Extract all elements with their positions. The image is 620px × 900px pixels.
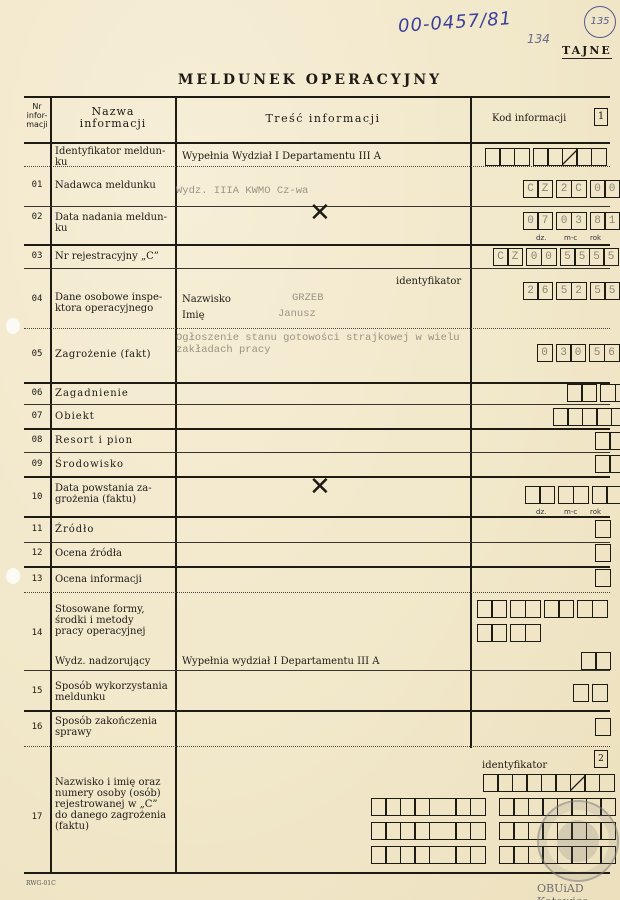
threat-date-boxes[interactable] — [526, 486, 620, 504]
registration-number-boxes[interactable]: CZ005555 — [494, 248, 619, 266]
row-number: 11 — [24, 524, 50, 535]
row-content-identifier: Wypełnia Wydział I Departamentu III A — [182, 151, 381, 162]
first-name-label: Imię — [182, 310, 205, 321]
supervising-dept-content: Wypełnia wydział I Departamentu III A — [182, 656, 379, 667]
row-number: 14 — [24, 628, 50, 639]
row-number: 17 — [24, 812, 50, 823]
usage-code-boxes[interactable] — [574, 684, 608, 702]
form-code: RWG-01C — [26, 880, 56, 887]
cross-mark-icon: ✕ — [309, 482, 331, 493]
methods-code-boxes-2[interactable] — [478, 624, 541, 642]
row-label-registration-number: Nr rejestracyjny „C” — [55, 251, 175, 262]
page-box: 2 — [594, 750, 608, 768]
object-code-boxes[interactable] — [554, 408, 620, 426]
report-form-table: Nr infor- macji Nazwa informacji Treść i… — [24, 96, 610, 890]
person-number-boxes-3a[interactable] — [372, 846, 486, 864]
row-label-department: Resort i pion — [55, 435, 175, 446]
methods-code-boxes-1[interactable] — [478, 600, 608, 618]
classification-label: TAJNE — [562, 44, 612, 59]
supervising-dept-boxes[interactable] — [582, 652, 611, 670]
row-label-threat: Zagrożenie (fakt) — [55, 349, 175, 360]
issue-code-boxes[interactable] — [568, 384, 620, 402]
archive-number: 00-0457/81 — [397, 8, 512, 37]
year-label: rok — [590, 507, 601, 518]
month-label: m-c — [564, 507, 577, 518]
column-divider — [175, 96, 177, 872]
year-label: rok — [590, 233, 601, 244]
circled-number: 135 — [584, 6, 616, 38]
surname-value[interactable]: GRZEB — [292, 293, 324, 304]
person-number-boxes-2a[interactable] — [372, 822, 486, 840]
row-number: 08 — [24, 435, 50, 446]
header-nr: Nr infor- macji — [24, 102, 50, 129]
person-identifier-boxes[interactable] — [484, 774, 615, 792]
header-content: Treść informacji — [176, 113, 470, 124]
row-label-sender: Nadawca meldunku — [55, 180, 175, 191]
row-number: 16 — [24, 722, 50, 733]
page-number: 134 — [527, 32, 550, 46]
supervising-dept-label: Wydz. nadzorujący — [55, 656, 175, 667]
row-number: 12 — [24, 548, 50, 559]
inspector-code-boxes[interactable]: 265255 — [524, 282, 620, 300]
case-closing-box[interactable] — [596, 718, 611, 736]
threat-value[interactable]: Ogłoszenie stanu gotowości strajkowej w … — [176, 332, 470, 356]
source-rating-box[interactable] — [596, 544, 611, 562]
column-divider — [470, 96, 472, 748]
row-label-methods: Stosowane formy, środki i metody pracy o… — [55, 604, 165, 637]
info-rating-box[interactable] — [596, 569, 611, 587]
row-number: 04 — [24, 294, 50, 305]
row-label-case-closing: Sposób zakończenia sprawy — [55, 716, 175, 738]
row-label-identifier: Identyfikator meldun- ku — [55, 146, 175, 168]
punch-hole — [6, 318, 20, 334]
document-title: MELDUNEK OPERACYJNY — [0, 72, 620, 88]
header-name: Nazwa informacji — [58, 106, 168, 130]
column-divider — [50, 96, 52, 872]
row-label-environment: Środowisko — [55, 459, 175, 470]
environment-code-boxes[interactable] — [596, 455, 620, 473]
day-label: dz. — [536, 507, 546, 518]
threat-code-boxes[interactable]: 03056 — [538, 344, 620, 362]
row-number: 02 — [24, 212, 50, 223]
row-number: 13 — [24, 574, 50, 585]
identifier-code-boxes[interactable] — [486, 148, 607, 166]
row-number: 01 — [24, 180, 50, 191]
row-label-source-rating: Ocena źródła — [55, 548, 175, 559]
row-label-usage: Sposób wykorzystania meldunku — [55, 681, 175, 703]
row-label-threat-date: Data powstania za- grożenia (faktu) — [55, 483, 175, 505]
surname-label: Nazwisko — [182, 294, 231, 305]
punch-hole — [6, 568, 20, 584]
department-code-boxes[interactable] — [596, 432, 620, 450]
person-number-boxes-1a[interactable] — [372, 798, 486, 816]
row-label-registered-persons: Nazwisko i imię oraz numery osoby (osób)… — [55, 777, 171, 832]
identifier-label: identyfikator — [396, 276, 461, 287]
row-number: 07 — [24, 411, 50, 422]
first-name-value[interactable]: Janusz — [278, 309, 316, 320]
page-box: 1 — [594, 108, 608, 126]
row-label-source: Źródło — [55, 524, 175, 535]
row-number: 03 — [24, 251, 50, 262]
header-code: Kod informacji — [492, 113, 566, 124]
sender-code-boxes[interactable]: CZ2C00 — [524, 180, 620, 198]
cross-mark-icon: ✕ — [309, 208, 331, 219]
row-number: 10 — [24, 492, 50, 503]
month-label: m-c — [564, 233, 577, 244]
row-label-send-date: Data nadania meldun- ku — [55, 212, 175, 234]
archive-seal-icon — [537, 800, 619, 882]
identifier-label: identyfikator — [482, 760, 547, 771]
day-label: dz. — [536, 233, 546, 244]
row-number: 06 — [24, 388, 50, 399]
row-label-info-rating: Ocena informacji — [55, 574, 175, 585]
row-number: 05 — [24, 349, 50, 360]
sender-value[interactable]: Wydz. IIIA KWMO Cz-wa — [176, 186, 308, 197]
send-date-boxes[interactable]: 070381 — [524, 212, 620, 230]
row-label-issue: Zagadnienie — [55, 388, 175, 399]
row-label-object: Obiekt — [55, 411, 175, 422]
archive-stamp-text: OBUiAD Katowice — [537, 882, 620, 900]
row-label-inspector-data: Dane osobowe inspe- ktora operacyjnego — [55, 292, 175, 314]
row-number: 09 — [24, 459, 50, 470]
row-number: 15 — [24, 686, 50, 697]
source-code-box[interactable] — [596, 520, 611, 538]
